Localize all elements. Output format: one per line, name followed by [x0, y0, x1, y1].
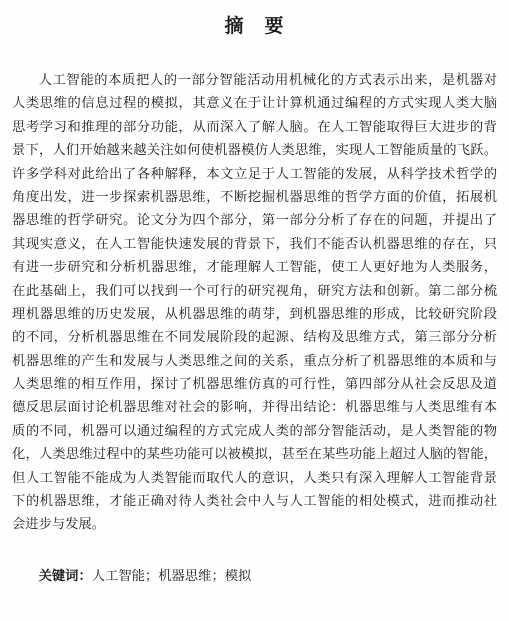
- abstract-text-line: 许多学科对此给出了各种解释，本文立足于人工智能的发展，从科学技术哲学的: [12, 162, 497, 185]
- abstract-page: 摘 要 人工智能的本质把人的一部分智能活动用机械化的方式表示出来，是机器对人类思…: [0, 0, 509, 621]
- page-title: 摘 要: [12, 14, 497, 40]
- abstract-text-line: 其现实意义，在人工智能快速发展的背景下，我们不能否认机器思维的存在，只: [12, 232, 497, 255]
- keywords-label: 关键词：: [39, 568, 92, 583]
- abstract-text-line: 景下，人们开始越来越关注如何使机器模仿人类思维，实现人工智能质量的飞跃。: [12, 138, 497, 161]
- abstract-paragraph: 人工智能的本质把人的一部分智能活动用机械化的方式表示出来，是机器对人类思维的信息…: [12, 68, 497, 536]
- abstract-text-line: 但人工智能不能成为人类智能而取代人的意识，人类只有深入理解人工智能背景: [12, 466, 497, 489]
- abstract-text-line: 会进步与发展。: [12, 512, 497, 535]
- abstract-text-line: 机器思维的产生和发展与人类思维之间的关系，重点分析了机器思维的本质和与: [12, 349, 497, 372]
- abstract-text-line: 化，人类思维过程中的某些功能可以被模拟，甚至在某些功能上超过人脑的智能，: [12, 442, 497, 465]
- abstract-text-line: 人工智能的本质把人的一部分智能活动用机械化的方式表示出来，是机器对: [12, 68, 497, 91]
- abstract-text-line: 下的机器思维，才能正确对待人类社会中人与人工智能的相处模式，进而推动社: [12, 489, 497, 512]
- abstract-text-line: 理机器思维的历史发展，从机器思维的萌芽，到机器思维的形成，比较研究阶段: [12, 302, 497, 325]
- abstract-text-line: 在此基础上，我们可以找到一个可行的研究视角，研究方法和创新。第二部分梳: [12, 279, 497, 302]
- abstract-text-line: 角度出发，进一步探索机器思维，不断挖掘机器思维的哲学方面的价值，拓展机: [12, 185, 497, 208]
- abstract-text-line: 德反思层面讨论机器思维对社会的影响，并得出结论：机器思维与人类思维有本: [12, 395, 497, 418]
- abstract-text-line: 质的不同，机器可以通过编程的方式完成人类的部分智能活动，是人类智能的物: [12, 419, 497, 442]
- abstract-text-line: 人类思维的相互作用，探讨了机器思维仿真的可行性，第四部分从社会反思及道: [12, 372, 497, 395]
- abstract-text-line: 的不同，分析机器思维在不同发展阶段的起源、结构及思维方式，第三部分分析: [12, 325, 497, 348]
- keywords-text: 人工智能；机器思维；模拟: [92, 568, 252, 583]
- keywords-line: 关键词：人工智能；机器思维；模拟: [12, 564, 497, 587]
- abstract-text-line: 器思维的哲学研究。论文分为四个部分，第一部分分析了存在的问题，并提出了: [12, 208, 497, 231]
- abstract-text-line: 有进一步研究和分析机器思维，才能理解人工智能，使工人更好地为人类服务，: [12, 255, 497, 278]
- abstract-text-line: 思考学习和推理的部分功能，从而深入了解人脑。在人工智能取得巨大进步的背: [12, 115, 497, 138]
- abstract-text-line: 人类思维的信息过程的模拟，其意义在于让计算机通过编程的方式实现人类大脑: [12, 91, 497, 114]
